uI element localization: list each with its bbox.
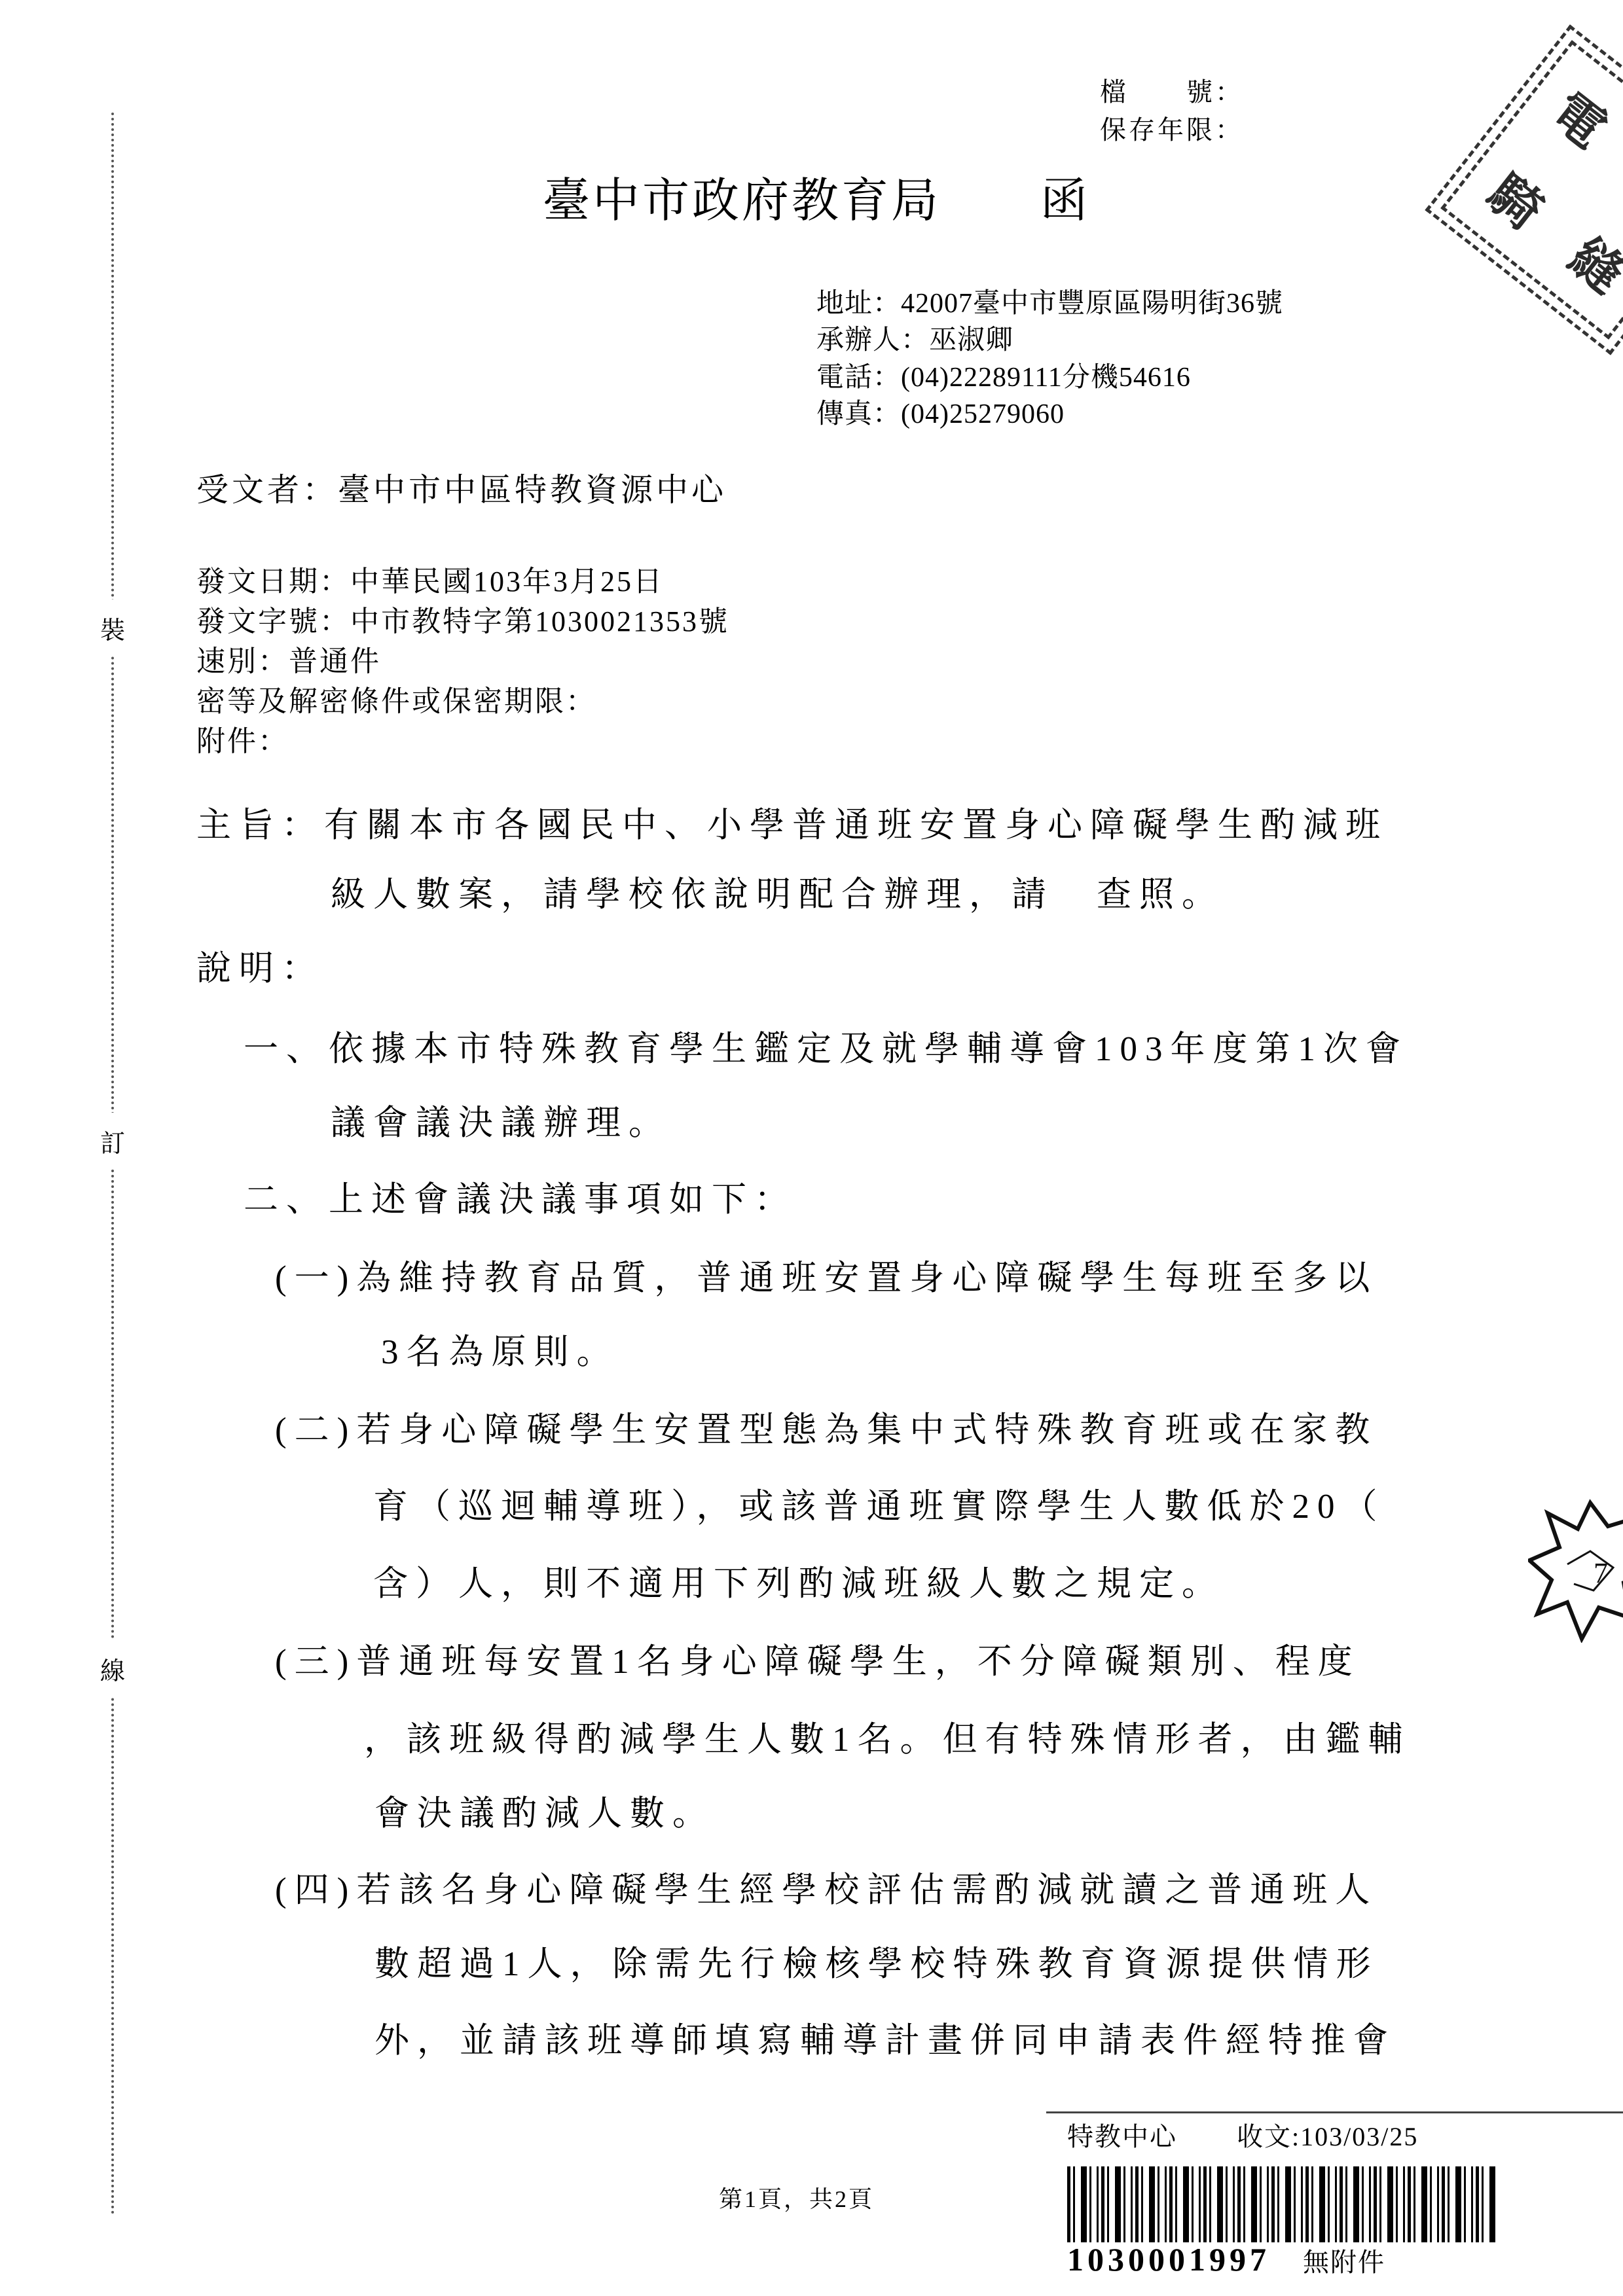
item-2-4-line: (四)若該名身心障礙學生經學校評估需酌減就讀之普通班人 <box>275 1871 1377 1910</box>
item-2-1-cont: 3名為原則。 <box>381 1333 619 1372</box>
item-2-3-cont: ，該班級得酌減學生人數1名。但有特殊情形者，由鑑輔 <box>364 1720 1411 1760</box>
dispatch-attachment: 附件： <box>196 725 289 759</box>
binding-mark-xian: 線 <box>96 1640 130 1697</box>
seam-stamp-char: 電 <box>1539 73 1623 162</box>
subject-line: 主旨：有關本市各國民中、小學普通班安置身心障礙學生酌減班 <box>196 806 1388 846</box>
item-2-2-cont2: 含）人，則不適用下列酌減班級人數之規定。 <box>373 1564 1224 1604</box>
receipt-barcode <box>1067 2166 1498 2242</box>
sender-address: 地址：42007臺中市豐原區陽明街36號 <box>816 288 1283 319</box>
seam-stamp-char: 文 <box>1620 136 1623 225</box>
seam-stamp-char: 縫 <box>1556 218 1623 307</box>
receipt-date: 收文:103/03/25 <box>1237 2122 1418 2152</box>
receipt-unit: 特教中心 <box>1067 2122 1177 2152</box>
receipt-doc-number: 1030001997 <box>1067 2241 1270 2279</box>
dispatch-security: 密等及解密條件或保密期限： <box>196 685 596 719</box>
irregular-seal: 7 <box>1528 1499 1623 1643</box>
item-2-2-cont: 育（巡迴輔導班），或該普通班實際學生人數低於20（ <box>373 1487 1385 1527</box>
seal-digit: 7 <box>1594 1557 1608 1589</box>
item-1-line: 一、依據本市特殊教育學生鑑定及就學輔導會103年度第1次會 <box>244 1030 1408 1069</box>
receipt-attachment: 無附件 <box>1303 2248 1385 2278</box>
binding-mark-ding: 訂 <box>96 1113 130 1170</box>
retention-label: 保存年限： <box>1100 115 1244 145</box>
seam-stamp-inner: 電 文 騎 縫 <box>1440 40 1623 340</box>
dispatch-date: 發文日期：中華民國103年3月25日 <box>196 565 664 599</box>
item-1-line-cont: 議會議決議辦理。 <box>331 1103 671 1143</box>
subject-line-cont: 級人數案，請學校依說明配合辦理，請 查照。 <box>331 875 1224 915</box>
sender-contact: 承辦人：巫淑卿 <box>816 325 1013 356</box>
official-letter-page: 裝 訂 線 檔 號： 保存年限： 電 文 騎 縫 臺中市政府教育局 函 地址：4… <box>0 0 1623 2296</box>
item-2-3-line: (三)普通班每安置1名身心障礙學生，不分障礙類別、程度 <box>275 1642 1360 1682</box>
page-number: 第1頁，共2頁 <box>719 2186 874 2213</box>
explanation-label: 說明： <box>196 949 324 989</box>
receipt-divider <box>1046 2111 1623 2113</box>
page-title: 臺中市政府教育局 函 <box>543 174 1090 228</box>
item-2-2-line: (二)若身心障礙學生安置型態為集中式特殊教育班或在家教 <box>275 1410 1377 1450</box>
recipient-line: 受文者：臺中市中區特教資源中心 <box>196 472 727 509</box>
item-2-4-cont2: 外，並請該班導師填寫輔導計畫併同申請表件經特推會 <box>374 2021 1396 2061</box>
item-2-1-line: (一)為維持教育品質，普通班安置身心障礙學生每班至多以 <box>275 1259 1377 1299</box>
item-2-4-cont: 數超過1人，除需先行檢核學校特殊教育資源提供情形 <box>374 1945 1379 1984</box>
item-2-line: 二、上述會議決議事項如下： <box>244 1180 797 1220</box>
dispatch-speed: 速別：普通件 <box>196 645 381 679</box>
binding-mark-zhuang: 裝 <box>96 600 130 656</box>
seam-stamp: 電 文 騎 縫 <box>1425 24 1623 355</box>
seam-stamp-char: 騎 <box>1475 154 1560 243</box>
sender-fax: 傳真：(04)25279060 <box>816 399 1065 430</box>
dispatch-number: 發文字號：中市教特字第1030021353號 <box>196 605 729 639</box>
file-number-label: 檔 號： <box>1100 77 1244 107</box>
item-2-3-cont2: 會決議酌減人數。 <box>374 1794 715 1834</box>
sender-phone: 電話：(04)22289111分機54616 <box>816 362 1191 393</box>
